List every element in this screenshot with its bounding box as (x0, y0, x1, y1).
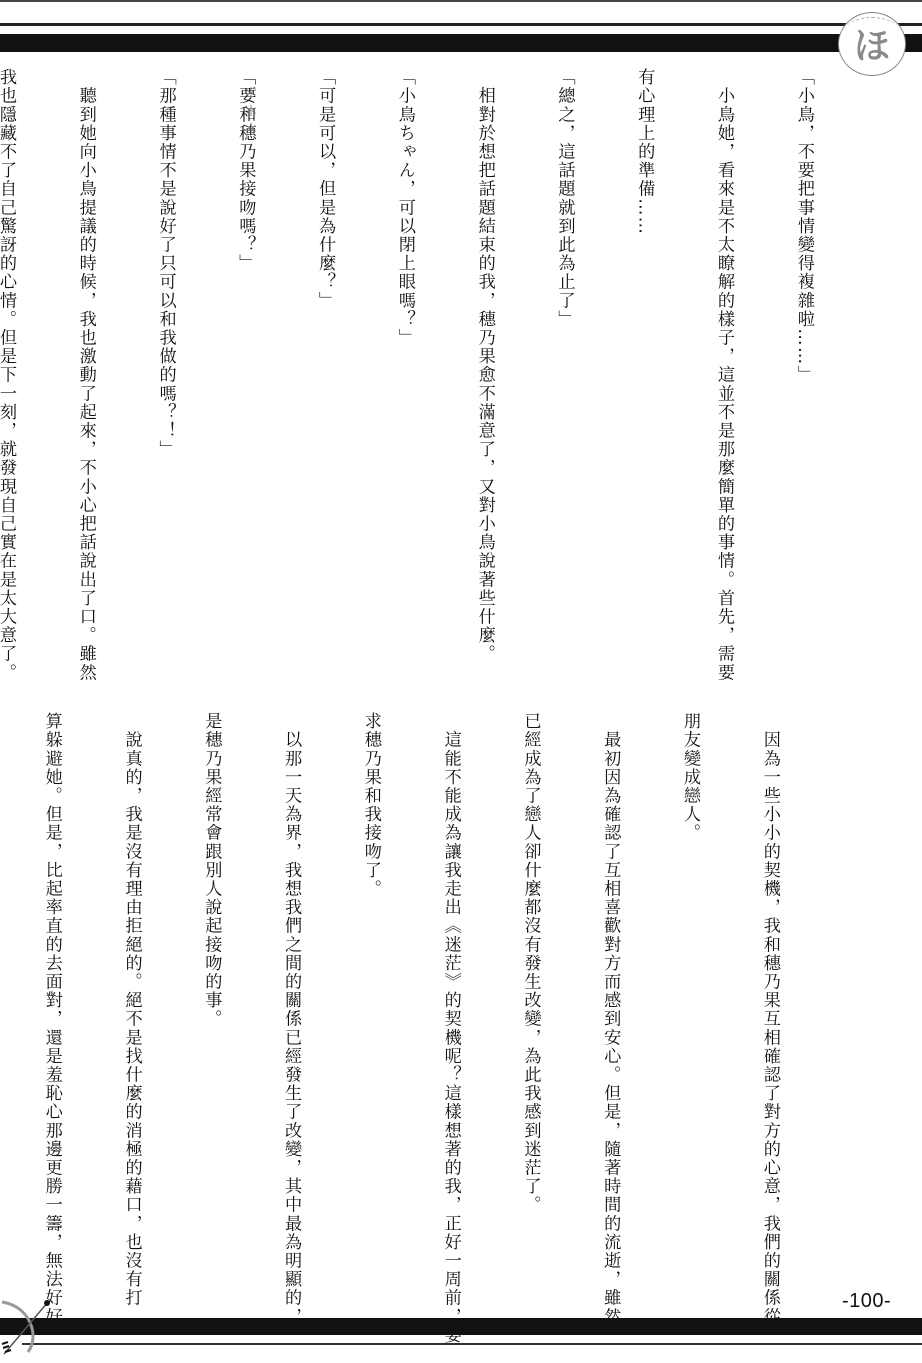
paragraph: 「小鳥ちゃん，可以閉上眼嗎？」 (391, 68, 418, 688)
paragraph: 「那種事情不是說好了只可以和我做的嗎？！」 (152, 68, 179, 688)
paragraph: 算躲避她。但是，比起率直的去面對，還是羞恥心那邊更勝一籌，無法好好 (38, 712, 65, 1312)
paragraph: 求穗乃果和我接吻了。 (357, 712, 384, 1312)
ho-circle-emblem-icon: ほ (838, 12, 906, 76)
emblem-ring (845, 17, 899, 45)
footer-thick-bar (0, 1318, 922, 1335)
bow-and-arrow-icon (0, 1296, 60, 1356)
paragraph: 相對於想把話題結束的我，穗乃果愈不滿意了，又對小鳥說著些什麼。 (471, 68, 498, 688)
scene-separator: ＊＊＊ (240, 86, 260, 140)
page-number: -100- (842, 1290, 891, 1313)
paragraph: 「可是可以，但是為什麼？」 (312, 68, 339, 688)
lower-text-block: 因為一些小小的契機，我和穗乃果互相確認了對方的心意，我們的關係從 朋友變成戀人。… (0, 712, 836, 1312)
paragraph: 已經成為了戀人卻什麼都沒有發生改變，為此我感到迷茫了。 (517, 712, 544, 1312)
paragraph: 「總之，這話題就到此為止了」 (551, 68, 578, 688)
upper-text-block: 「小鳥，不要把事情變得複雜啦……」 小鳥她，看來是不太瞭解的樣子，這並不是那麼簡… (0, 68, 870, 688)
paragraph: 我也隱藏不了自己驚訝的心情。但是下一刻，就發現自己實在是太大意了。 (0, 68, 19, 688)
paragraph: 因為一些小小的契機，我和穗乃果互相確認了對方的心意，我們的關係從 (756, 712, 783, 1312)
paragraph: 以那一天為界，我想我們之間的關係已經發生了改變，其中最為明顯的， (278, 712, 305, 1312)
paragraph: 說真的，我是沒有理由拒絕的。絕不是找什麼的消極的藉口，也沒有打 (118, 712, 145, 1312)
header-thin-rule (0, 23, 922, 26)
paragraph: 有心理上的準備…… (631, 68, 658, 688)
paragraph: 聽到她向小鳥提議的時候，我也激動了起來，不小心把話說出了口。雖然 (72, 68, 99, 688)
paragraph: 這能不能成為讓我走出《迷茫》的契機呢？這樣想著的我，正好一周前，要 (437, 712, 464, 1312)
paragraph: 小鳥她，看來是不太瞭解的樣子，這並不是那麼簡單的事情。首先，需要 (710, 68, 737, 688)
footer-thin-rule (22, 1343, 922, 1345)
header-top-rule (0, 0, 922, 2)
paragraph: 「要和穗乃果接吻嗎？」 (232, 68, 259, 688)
header-thick-bar (0, 34, 922, 52)
paragraph: 是穗乃果經常會跟別人說起接吻的事。 (198, 712, 225, 1312)
paragraph: 朋友變成戀人。 (676, 712, 703, 1312)
paragraph: 最初因為確認了互相喜歡對方而感到安心。但是，隨著時間的流逝，雖然 (597, 712, 624, 1312)
paragraph: 「小鳥，不要把事情變得複雜啦……」 (790, 68, 817, 688)
